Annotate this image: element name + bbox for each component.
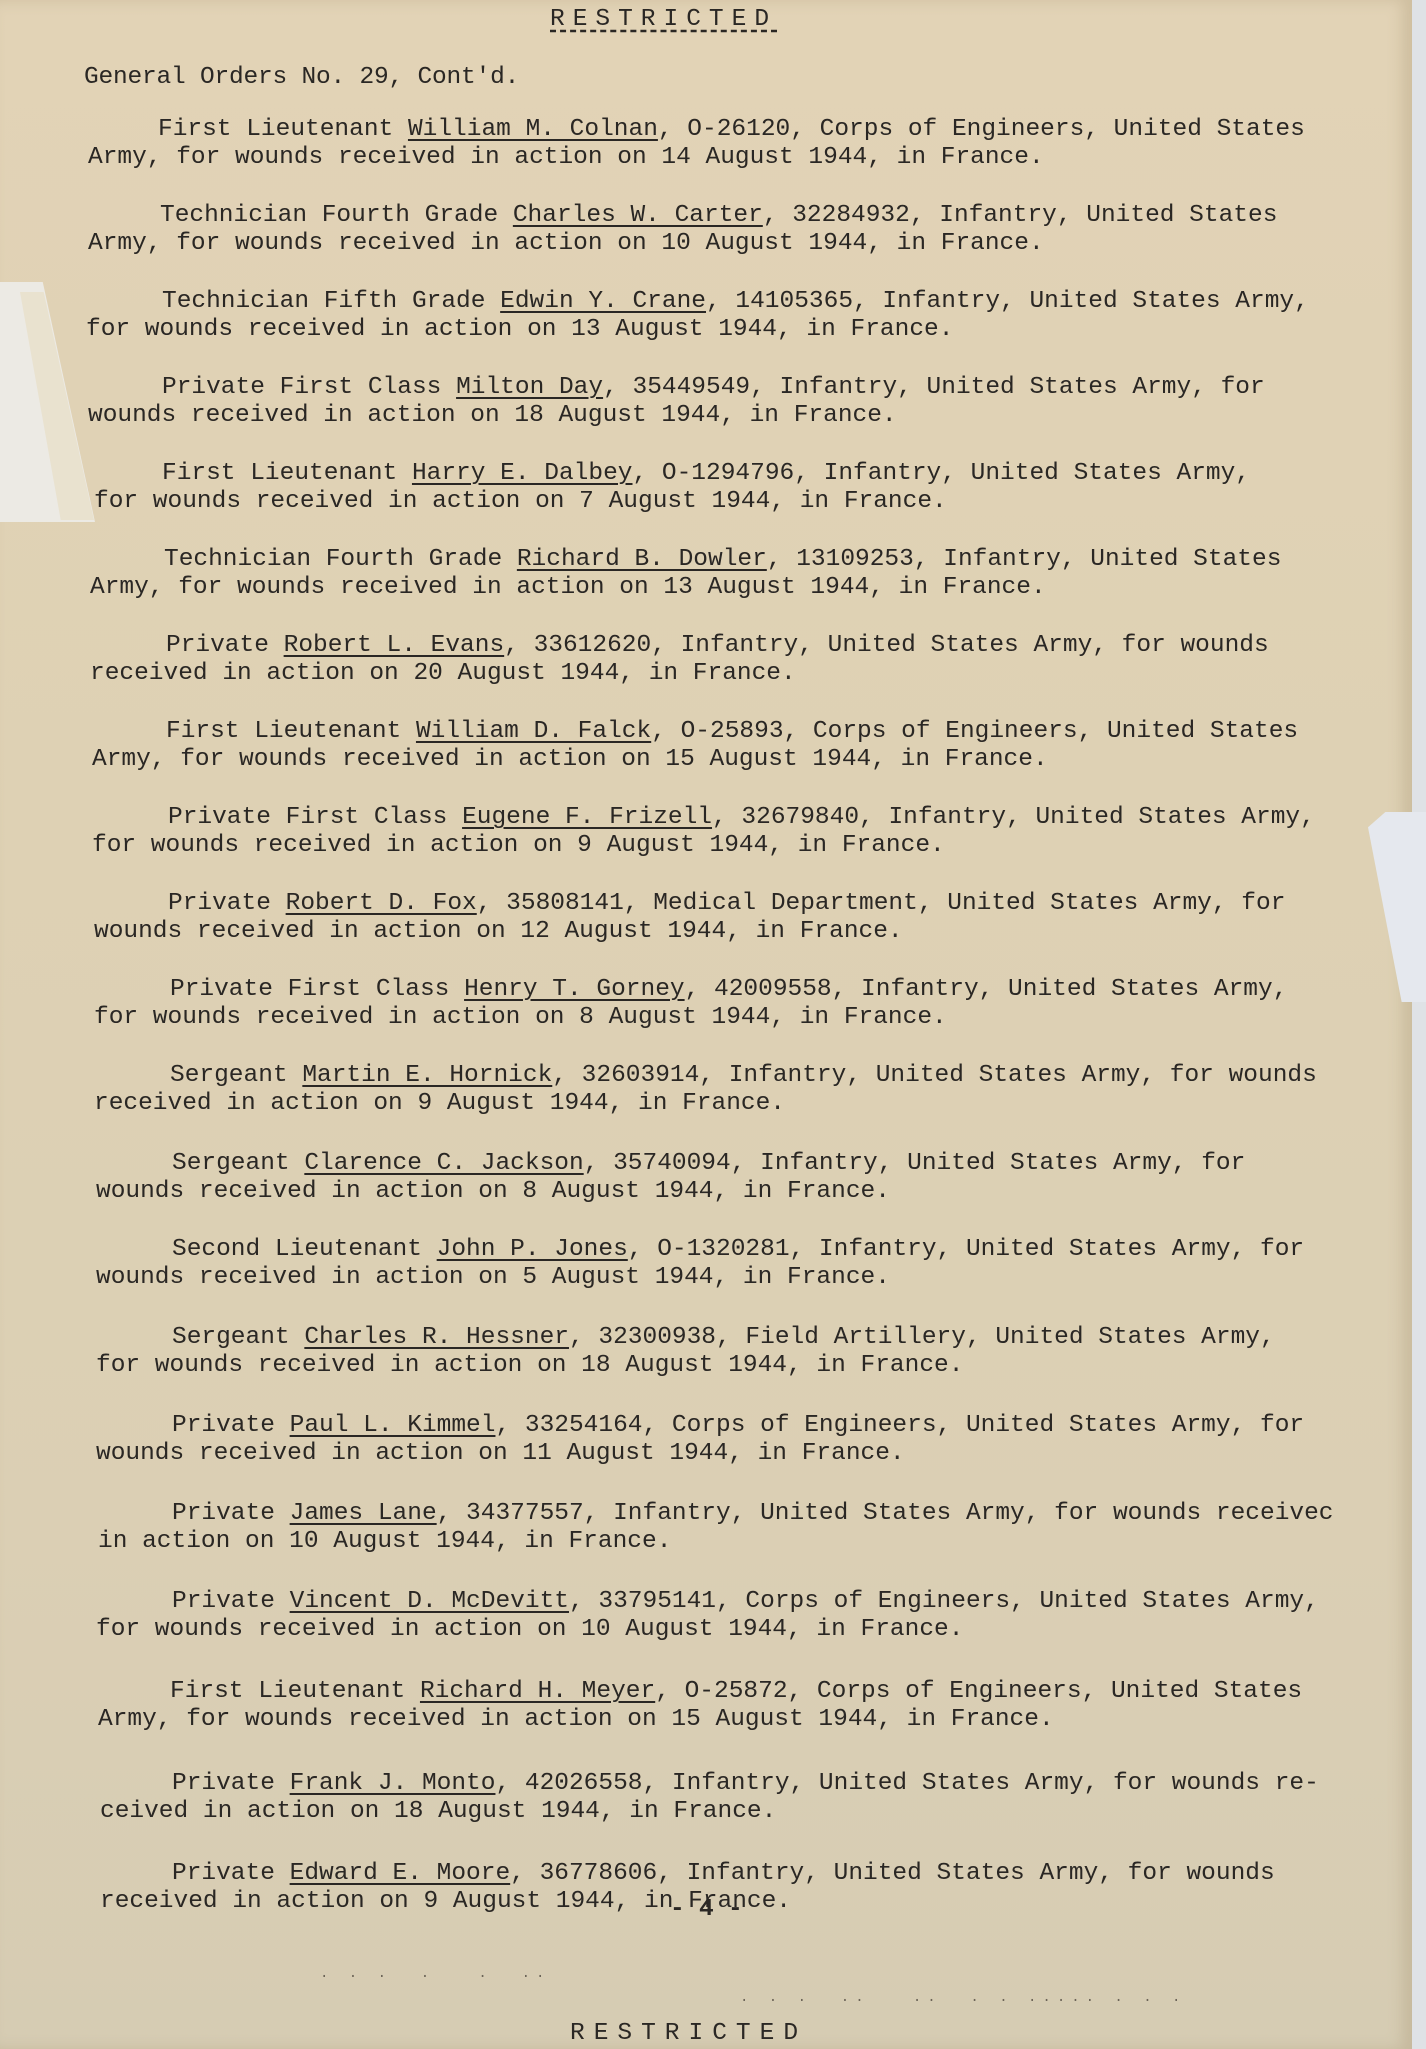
citation-entry: Private Frank J. Monto, 42026558, Infant… xyxy=(0,1770,1412,1840)
soldier-name: James Lane xyxy=(290,1500,437,1527)
citation-entry: Sergeant Charles R. Hessner, 32300938, F… xyxy=(0,1324,1412,1394)
citation-continuation: for wounds received in action on 7 Augus… xyxy=(94,488,947,515)
citation-entry: Private Vincent D. McDevitt, 33795141, C… xyxy=(0,1588,1412,1658)
citation-continuation: Army, for wounds received in action on 1… xyxy=(90,574,1046,601)
rank: First Lieutenant xyxy=(162,460,397,487)
soldier-name: Paul L. Kimmel xyxy=(290,1412,496,1439)
soldier-name: Harry E. Dalbey xyxy=(412,460,633,487)
citation-continuation: Army, for wounds received in action on 1… xyxy=(88,230,1044,257)
citation-continuation: wounds received in action on 8 August 19… xyxy=(96,1178,890,1205)
citation-details: , 42009558, Infantry, United States Army… xyxy=(685,976,1288,1003)
citation-entry: First Lieutenant Harry E. Dalbey, O-1294… xyxy=(0,460,1412,530)
rank: Private xyxy=(166,632,269,659)
citation-details: , 36778606, Infantry, United States Army… xyxy=(510,1860,1275,1887)
ink-speckles: . . . .. .. . . ..... . . . xyxy=(740,1990,1186,2006)
citation-entry: Private James Lane, 34377557, Infantry, … xyxy=(0,1500,1412,1570)
soldier-name: Vincent D. McDevitt xyxy=(290,1588,569,1615)
soldier-name: William D. Falck xyxy=(416,718,651,745)
citation-details: , 35449549, Infantry, United States Army… xyxy=(603,374,1265,401)
soldier-name: Martin E. Hornick xyxy=(302,1062,552,1089)
citation-entry: First Lieutenant William D. Falck, O-258… xyxy=(0,718,1412,788)
citation-continuation: received in action on 20 August 1944, in… xyxy=(90,660,796,687)
rank: Private xyxy=(172,1500,275,1527)
citation-entry: Private Paul L. Kimmel, 33254164, Corps … xyxy=(0,1412,1412,1482)
page-number: - 4 - xyxy=(670,1896,743,1923)
soldier-name: Charles R. Hessner xyxy=(304,1324,569,1351)
rank: Second Lieutenant xyxy=(172,1236,422,1263)
citation-details: , 34377557, Infantry, United States Army… xyxy=(437,1500,1334,1527)
citation-details: , 33795141, Corps of Engineers, United S… xyxy=(569,1588,1319,1615)
citation-entry: First Lieutenant Richard H. Meyer, O-258… xyxy=(0,1678,1412,1748)
rank: Technician Fourth Grade xyxy=(164,546,502,573)
citation-entry: Technician Fourth Grade Richard B. Dowle… xyxy=(0,546,1412,616)
citation-continuation: wounds received in action on 18 August 1… xyxy=(88,402,897,429)
citation-entry: Private Robert D. Fox, 35808141, Medical… xyxy=(0,890,1412,960)
citation-continuation: for wounds received in action on 10 Augu… xyxy=(96,1616,963,1643)
citation-details: , 13109253, Infantry, United States xyxy=(767,546,1282,573)
citation-entry: Sergeant Martin E. Hornick, 32603914, In… xyxy=(0,1062,1412,1132)
rank: Private First Class xyxy=(170,976,449,1003)
citation-details: , 33254164, Corps of Engineers, United S… xyxy=(495,1412,1304,1439)
citation-entry: Private Robert L. Evans, 33612620, Infan… xyxy=(0,632,1412,702)
soldier-name: Robert D. Fox xyxy=(286,890,477,917)
citation-details: , 35808141, Medical Department, United S… xyxy=(477,890,1286,917)
citation-entry: Technician Fifth Grade Edwin Y. Crane, 1… xyxy=(0,288,1412,358)
rank: First Lieutenant xyxy=(158,116,393,143)
citation-continuation: received in action on 9 August 1944, in … xyxy=(94,1090,785,1117)
soldier-name: Edwin Y. Crane xyxy=(500,288,706,315)
classification-footer: RESTRICTED xyxy=(570,2020,807,2047)
citation-continuation: Army, for wounds received in action on 1… xyxy=(92,746,1048,773)
soldier-name: Charles W. Carter xyxy=(513,202,763,229)
citation-continuation: for wounds received in action on 8 Augus… xyxy=(94,1004,947,1031)
rank: Sergeant xyxy=(170,1062,288,1089)
soldier-name: Clarence C. Jackson xyxy=(304,1150,583,1177)
rank: Private xyxy=(172,1860,275,1887)
citation-details: , 32300938, Field Artillery, United Stat… xyxy=(569,1324,1275,1351)
citation-continuation: for wounds received in action on 18 Augu… xyxy=(96,1352,963,1379)
rank: Private xyxy=(172,1412,275,1439)
rank: Sergeant xyxy=(172,1324,290,1351)
citation-continuation: Army, for wounds received in action on 1… xyxy=(98,1706,1054,1733)
citation-details: , 32679840, Infantry, United States Army… xyxy=(712,804,1315,831)
citation-details: , 14105365, Infantry, United States Army… xyxy=(706,288,1309,315)
citation-details: , O-25893, Corps of Engineers, United St… xyxy=(651,718,1298,745)
citation-entry: Private First Class Milton Day, 35449549… xyxy=(0,374,1412,444)
citation-continuation: for wounds received in action on 9 Augus… xyxy=(92,832,945,859)
soldier-name: Richard H. Meyer xyxy=(420,1678,655,1705)
citation-entry: First Lieutenant William M. Colnan, O-26… xyxy=(0,116,1412,186)
soldier-name: Henry T. Gorney xyxy=(464,976,685,1003)
citation-continuation: Army, for wounds received in action on 1… xyxy=(88,144,1044,171)
citation-continuation: wounds received in action on 12 August 1… xyxy=(94,918,903,945)
classification-header: RESTRICTED xyxy=(550,6,777,33)
rank: Private xyxy=(172,1588,275,1615)
citation-details: , O-25872, Corps of Engineers, United St… xyxy=(655,1678,1302,1705)
rank: Technician Fifth Grade xyxy=(162,288,485,315)
citation-details: , O-1294796, Infantry, United States Arm… xyxy=(633,460,1251,487)
citation-continuation: wounds received in action on 5 August 19… xyxy=(96,1264,890,1291)
citation-continuation: for wounds received in action on 13 Augu… xyxy=(86,316,953,343)
citation-details: , O-1320281, Infantry, United States Arm… xyxy=(628,1236,1304,1263)
rank: Private xyxy=(172,1770,275,1797)
rank: First Lieutenant xyxy=(166,718,401,745)
citation-details: , 42026558, Infantry, United States Army… xyxy=(495,1770,1318,1797)
rank: First Lieutenant xyxy=(170,1678,405,1705)
rank: Private First Class xyxy=(168,804,447,831)
citation-entry: Second Lieutenant John P. Jones, O-13202… xyxy=(0,1236,1412,1306)
rank: Technician Fourth Grade xyxy=(160,202,498,229)
citation-entry: Sergeant Clarence C. Jackson, 35740094, … xyxy=(0,1150,1412,1220)
citation-entry: Technician Fourth Grade Charles W. Carte… xyxy=(0,202,1412,272)
rank: Sergeant xyxy=(172,1150,290,1177)
citation-details: , O-26120, Corps of Engineers, United St… xyxy=(658,116,1305,143)
citation-details: , 33612620, Infantry, United States Army… xyxy=(504,632,1269,659)
citation-details: , 35740094, Infantry, United States Army… xyxy=(584,1150,1246,1177)
citation-continuation: in action on 10 August 1944, in France. xyxy=(98,1528,671,1555)
citation-continuation: wounds received in action on 11 August 1… xyxy=(96,1440,905,1467)
soldier-name: William M. Colnan xyxy=(408,116,658,143)
document-page: RESTRICTED General Orders No. 29, Cont'd… xyxy=(0,0,1412,2049)
citation-entry: Private First Class Henry T. Gorney, 420… xyxy=(0,976,1412,1046)
citation-entry: Private First Class Eugene F. Frizell, 3… xyxy=(0,804,1412,874)
soldier-name: Eugene F. Frizell xyxy=(462,804,712,831)
soldier-name: Robert L. Evans xyxy=(284,632,505,659)
ink-speckles: . . . . . .. xyxy=(320,1966,550,1982)
citation-details: , 32284932, Infantry, United States xyxy=(763,202,1278,229)
soldier-name: Frank J. Monto xyxy=(290,1770,496,1797)
citation-continuation: ceived in action on 18 August 1944, in F… xyxy=(100,1798,776,1825)
citation-details: , 32603914, Infantry, United States Army… xyxy=(552,1062,1317,1089)
soldier-name: Richard B. Dowler xyxy=(517,546,767,573)
soldier-name: Edward E. Moore xyxy=(290,1860,511,1887)
soldier-name: John P. Jones xyxy=(437,1236,628,1263)
rank: Private First Class xyxy=(162,374,441,401)
soldier-name: Milton Day xyxy=(456,374,603,401)
rank: Private xyxy=(168,890,271,917)
orders-title: General Orders No. 29, Cont'd. xyxy=(84,64,519,91)
